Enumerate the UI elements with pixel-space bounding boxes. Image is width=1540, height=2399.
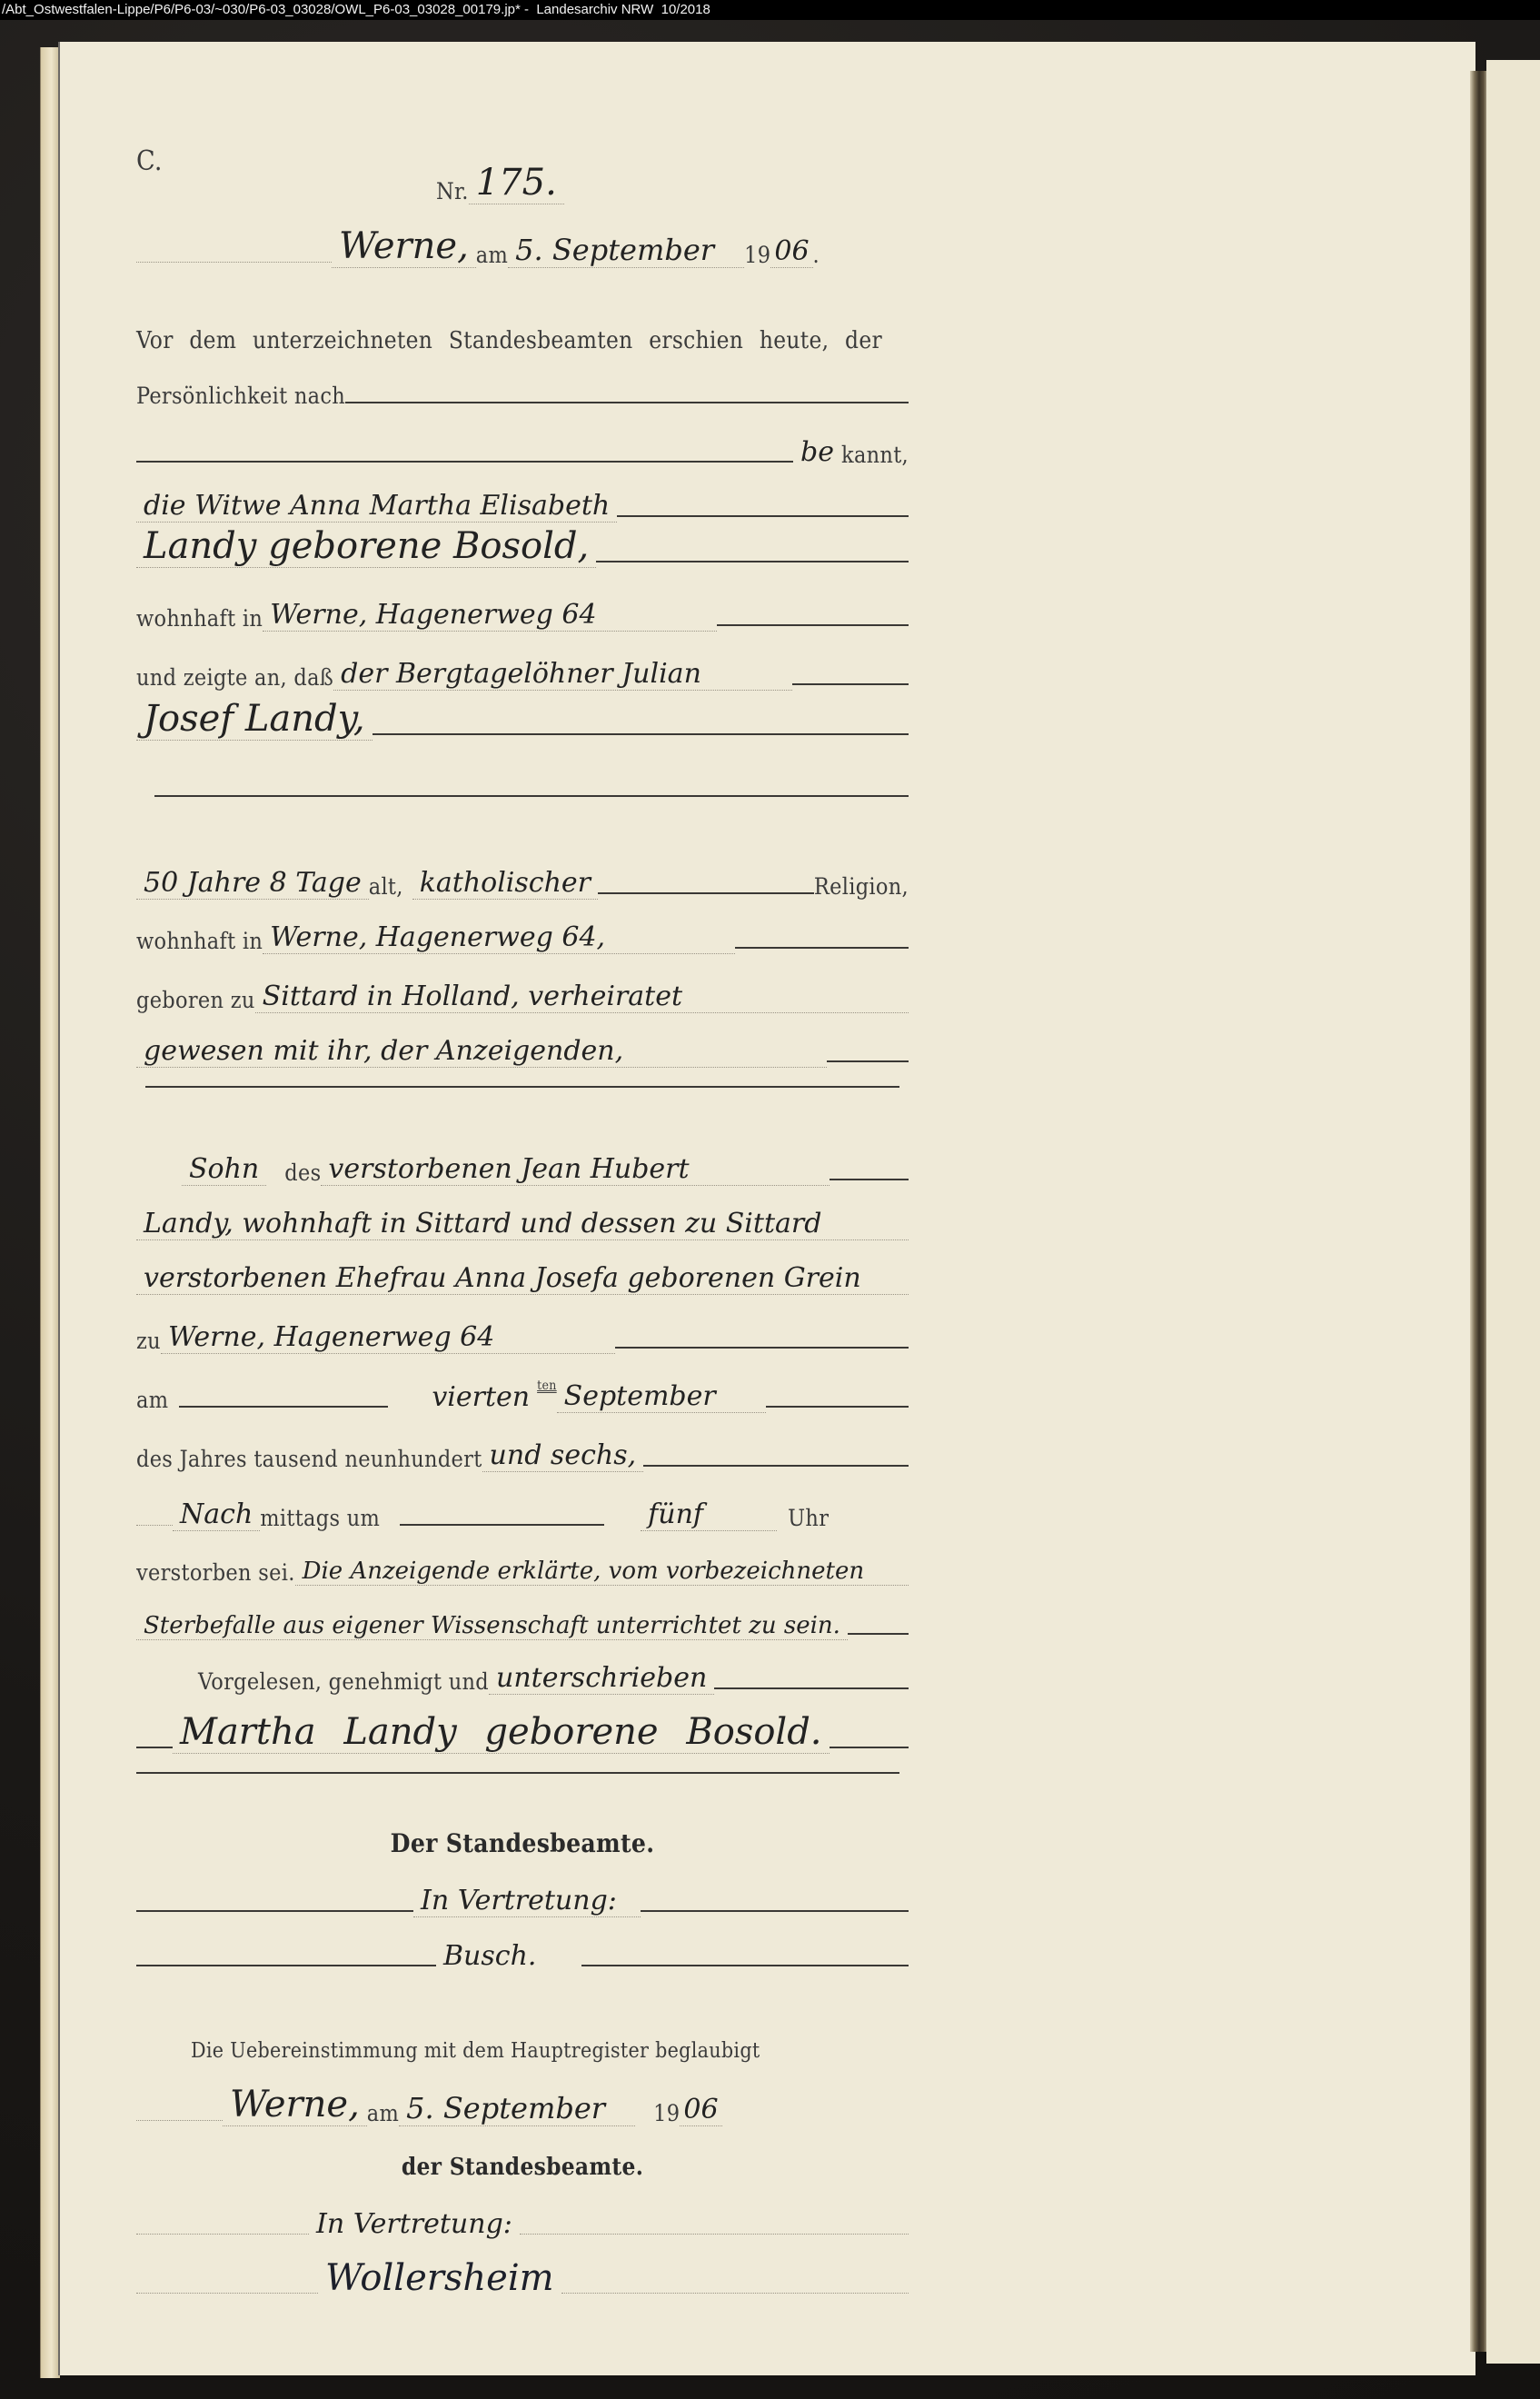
registrar-signature-row: Busch. [136, 1917, 909, 1972]
facing-page-edge [1486, 60, 1540, 2364]
page-edges [40, 47, 60, 2378]
cert-deputy: In Vertretung: [309, 2208, 520, 2240]
deceased-age: 50 Jahre 8 Tage [136, 867, 369, 900]
remark-line-2: Sterbefalle aus eigener Wissenschaft unt… [136, 1612, 848, 1640]
death-place-row: zu Werne, Hagenerweg 64 [136, 1299, 909, 1354]
year-prefix: 19 [744, 242, 770, 268]
cert-place: Werne, [223, 2084, 367, 2126]
cert-signature: Wollersheim [318, 2257, 561, 2299]
registrar-signature: Busch. [436, 1940, 581, 1972]
registrar-deputy: In Vertretung: [413, 1885, 641, 1917]
persoenlichkeit-label: Persönlichkeit nach [136, 383, 345, 409]
verstorben-label: verstorben sei. [136, 1559, 295, 1586]
religion-value: katholischer [412, 867, 598, 900]
section-divider [136, 1772, 899, 1774]
am-label-2: am [136, 1387, 168, 1413]
section-divider [145, 1086, 899, 1088]
geboren-label: geboren zu [136, 987, 255, 1013]
birthplace: Sittard in Holland, verheiratet [255, 981, 909, 1013]
cert-deputy-row: In Vertretung: [136, 2185, 909, 2240]
death-date-row: am vierten ten September [136, 1359, 909, 1413]
death-hour: fünf [641, 1498, 777, 1531]
record-number: 175. [469, 162, 564, 204]
blank-line [643, 1465, 909, 1467]
blank-line [766, 1406, 909, 1408]
birthplace-row: geboren zu Sittard in Holland, verheirat… [136, 959, 909, 1013]
blank-line [179, 1406, 388, 1408]
blank-line [792, 683, 909, 685]
informant-signature: Martha Landy geborene Bosold. [173, 1711, 830, 1754]
blank-line [830, 1747, 909, 1748]
number-label: Nr. [436, 178, 469, 204]
cert-year-suffix: 06 [680, 2094, 721, 2126]
registrar-heading-row: Der Standesbeamte. [136, 1804, 909, 1858]
dotted-line [136, 2234, 309, 2235]
header-day-month: 5. September [508, 233, 744, 268]
dotted-line [136, 2120, 223, 2121]
religion-label: Religion, [814, 873, 909, 900]
persoenlichkeit-row: Persönlichkeit nach [136, 354, 909, 409]
parents-row-1: Sohn des verstorbenen Jean Hubert [136, 1131, 909, 1186]
deceased-name-row: Josef Landy, [136, 686, 909, 741]
certification-row: Die Uebereinstimmung mit dem Hauptregist… [136, 2008, 909, 2063]
blank-line [827, 1060, 909, 1062]
cert-signature-row: Wollersheim [136, 2245, 909, 2299]
father-name: verstorbenen Jean Hubert [321, 1153, 830, 1186]
vorgelesen-label: Vorgelesen, genehmigt und [198, 1668, 489, 1695]
deceased-line-2: Josef Landy, [136, 698, 373, 741]
informant-line-2: Landy geborene Bosold, [136, 513, 909, 568]
mother-name: verstorbenen Ehefrau Anna Josefa geboren… [136, 1262, 909, 1295]
header-place: Werne, [332, 225, 476, 268]
record-number-row: Nr. 175. [136, 150, 909, 204]
married-row: gewesen mit ihr, der Anzeigenden, [136, 1013, 909, 1068]
am-label: am [476, 242, 508, 268]
uhr-label: Uhr [788, 1505, 829, 1531]
blank-line [848, 1633, 909, 1635]
blank-line [598, 892, 814, 894]
death-day: vierten [424, 1381, 537, 1413]
parents-sohn: Sohn [182, 1153, 266, 1186]
death-year-row: des Jahres tausend neunhundert und sechs… [136, 1418, 909, 1472]
married-line: gewesen mit ihr, der Anzeigenden, [136, 1035, 827, 1068]
blank-line [641, 1910, 909, 1912]
cert-heading-row: der Standesbeamte. [136, 2126, 909, 2181]
intro-row: Vor dem unterzeichneten Standesbeamten e… [136, 300, 909, 354]
blank-line [714, 1687, 909, 1689]
cert-am-label: am [367, 2100, 399, 2126]
informant-residence-row: wohnhaft in Werne, Hagenerweg 64 [136, 577, 909, 632]
zeigte-row: und zeigte an, daß der Bergtagelöhner Ju… [136, 636, 909, 691]
informant-residence: Werne, Hagenerweg 64 [263, 599, 717, 632]
parents-row-3: verstorbenen Ehefrau Anna Josefa geboren… [136, 1240, 909, 1295]
dotted-line [136, 262, 332, 263]
blank-line [596, 561, 909, 562]
death-month: September [557, 1380, 766, 1413]
wohnhaft-label-2: wohnhaft in [136, 928, 263, 954]
ten-label: ten [537, 1379, 557, 1393]
dotted-line [561, 2293, 909, 2294]
dotted-line [136, 1525, 173, 1526]
cert-date-row: Werne, am 5. September 19 06 [136, 2072, 909, 2126]
book-binding-gutter [1470, 71, 1488, 2352]
cert-day-month: 5. September [399, 2091, 635, 2126]
blank-line [373, 733, 909, 735]
cert-heading: der Standesbeamte. [402, 2154, 643, 2181]
file-path-bar: /Abt_Ostwestfalen-Lippe/P6/P6-03/~030/P6… [0, 0, 1540, 20]
intro-text: Vor dem unterzeichneten Standesbeamten e… [136, 327, 882, 354]
father-residence: Landy, wohnhaft in Sittard und dessen zu… [136, 1208, 909, 1240]
header-date-row: Werne, am 5. September 19 06 . [136, 214, 909, 268]
alt-label: alt, [369, 873, 403, 900]
period: . [813, 242, 820, 268]
blank-line [136, 1910, 413, 1912]
dotted-line [136, 2293, 318, 2294]
dotted-line [520, 2234, 909, 2235]
certification-text: Die Uebereinstimmung mit dem Hauptregist… [191, 2039, 760, 2063]
blank-line [717, 624, 909, 626]
age-religion-row: 50 Jahre 8 Tage alt, katholischer Religi… [136, 845, 909, 900]
blank-line [136, 1965, 436, 1966]
vorgelesen-row: Vorgelesen, genehmigt und unterschrieben [136, 1640, 909, 1695]
jahres-label: des Jahres tausend neunhundert [136, 1446, 482, 1472]
registrar-heading: Der Standesbeamte. [391, 1828, 655, 1858]
year-suffix: 06 [770, 235, 812, 268]
informant-name-2: Landy geborene Bosold, [136, 525, 596, 568]
zu-label: zu [136, 1328, 161, 1354]
blank-line [136, 461, 793, 463]
blank-line [136, 1747, 173, 1748]
parents-des-label: des [284, 1160, 321, 1186]
wohnhaft-label: wohnhaft in [136, 605, 263, 632]
deceased-residence-row: wohnhaft in Werne, Hagenerweg 64, [136, 900, 909, 954]
deceased-residence: Werne, Hagenerweg 64, [263, 921, 735, 954]
bekannt-hand: be [793, 436, 841, 468]
death-place: Werne, Hagenerweg 64 [161, 1321, 615, 1354]
mittags-label: mittags um [260, 1505, 380, 1531]
blank-line [345, 402, 909, 403]
registrar-deputy-row: In Vertretung: [136, 1863, 909, 1917]
cert-year-prefix: 19 [653, 2100, 680, 2126]
death-year-words: und sechs, [482, 1439, 644, 1472]
section-divider [154, 795, 909, 797]
remark-line-1: Die Anzeigende erklärte, vom vorbezeichn… [295, 1558, 909, 1586]
remark-row-2: Sterbefalle aus eigener Wissenschaft unt… [136, 1586, 909, 1640]
blank-line [400, 1524, 604, 1526]
informant-signature-row: Martha Landy geborene Bosold. [136, 1699, 909, 1754]
blank-line [615, 1347, 909, 1349]
parents-row-2: Landy, wohnhaft in Sittard und dessen zu… [136, 1186, 909, 1240]
time-prefix: Nach [173, 1498, 260, 1531]
death-time-row: Nach mittags um fünf Uhr [136, 1477, 909, 1531]
remark-row-1: verstorben sei. Die Anzeigende erklärte,… [136, 1531, 909, 1586]
blank-line [830, 1179, 909, 1180]
bekannt-printed: kannt, [841, 442, 909, 468]
blank-line [581, 1965, 909, 1966]
vorgelesen-value: unterschrieben [489, 1662, 714, 1695]
bekannt-row: be kannt, [136, 413, 909, 468]
blank-line [735, 947, 909, 949]
